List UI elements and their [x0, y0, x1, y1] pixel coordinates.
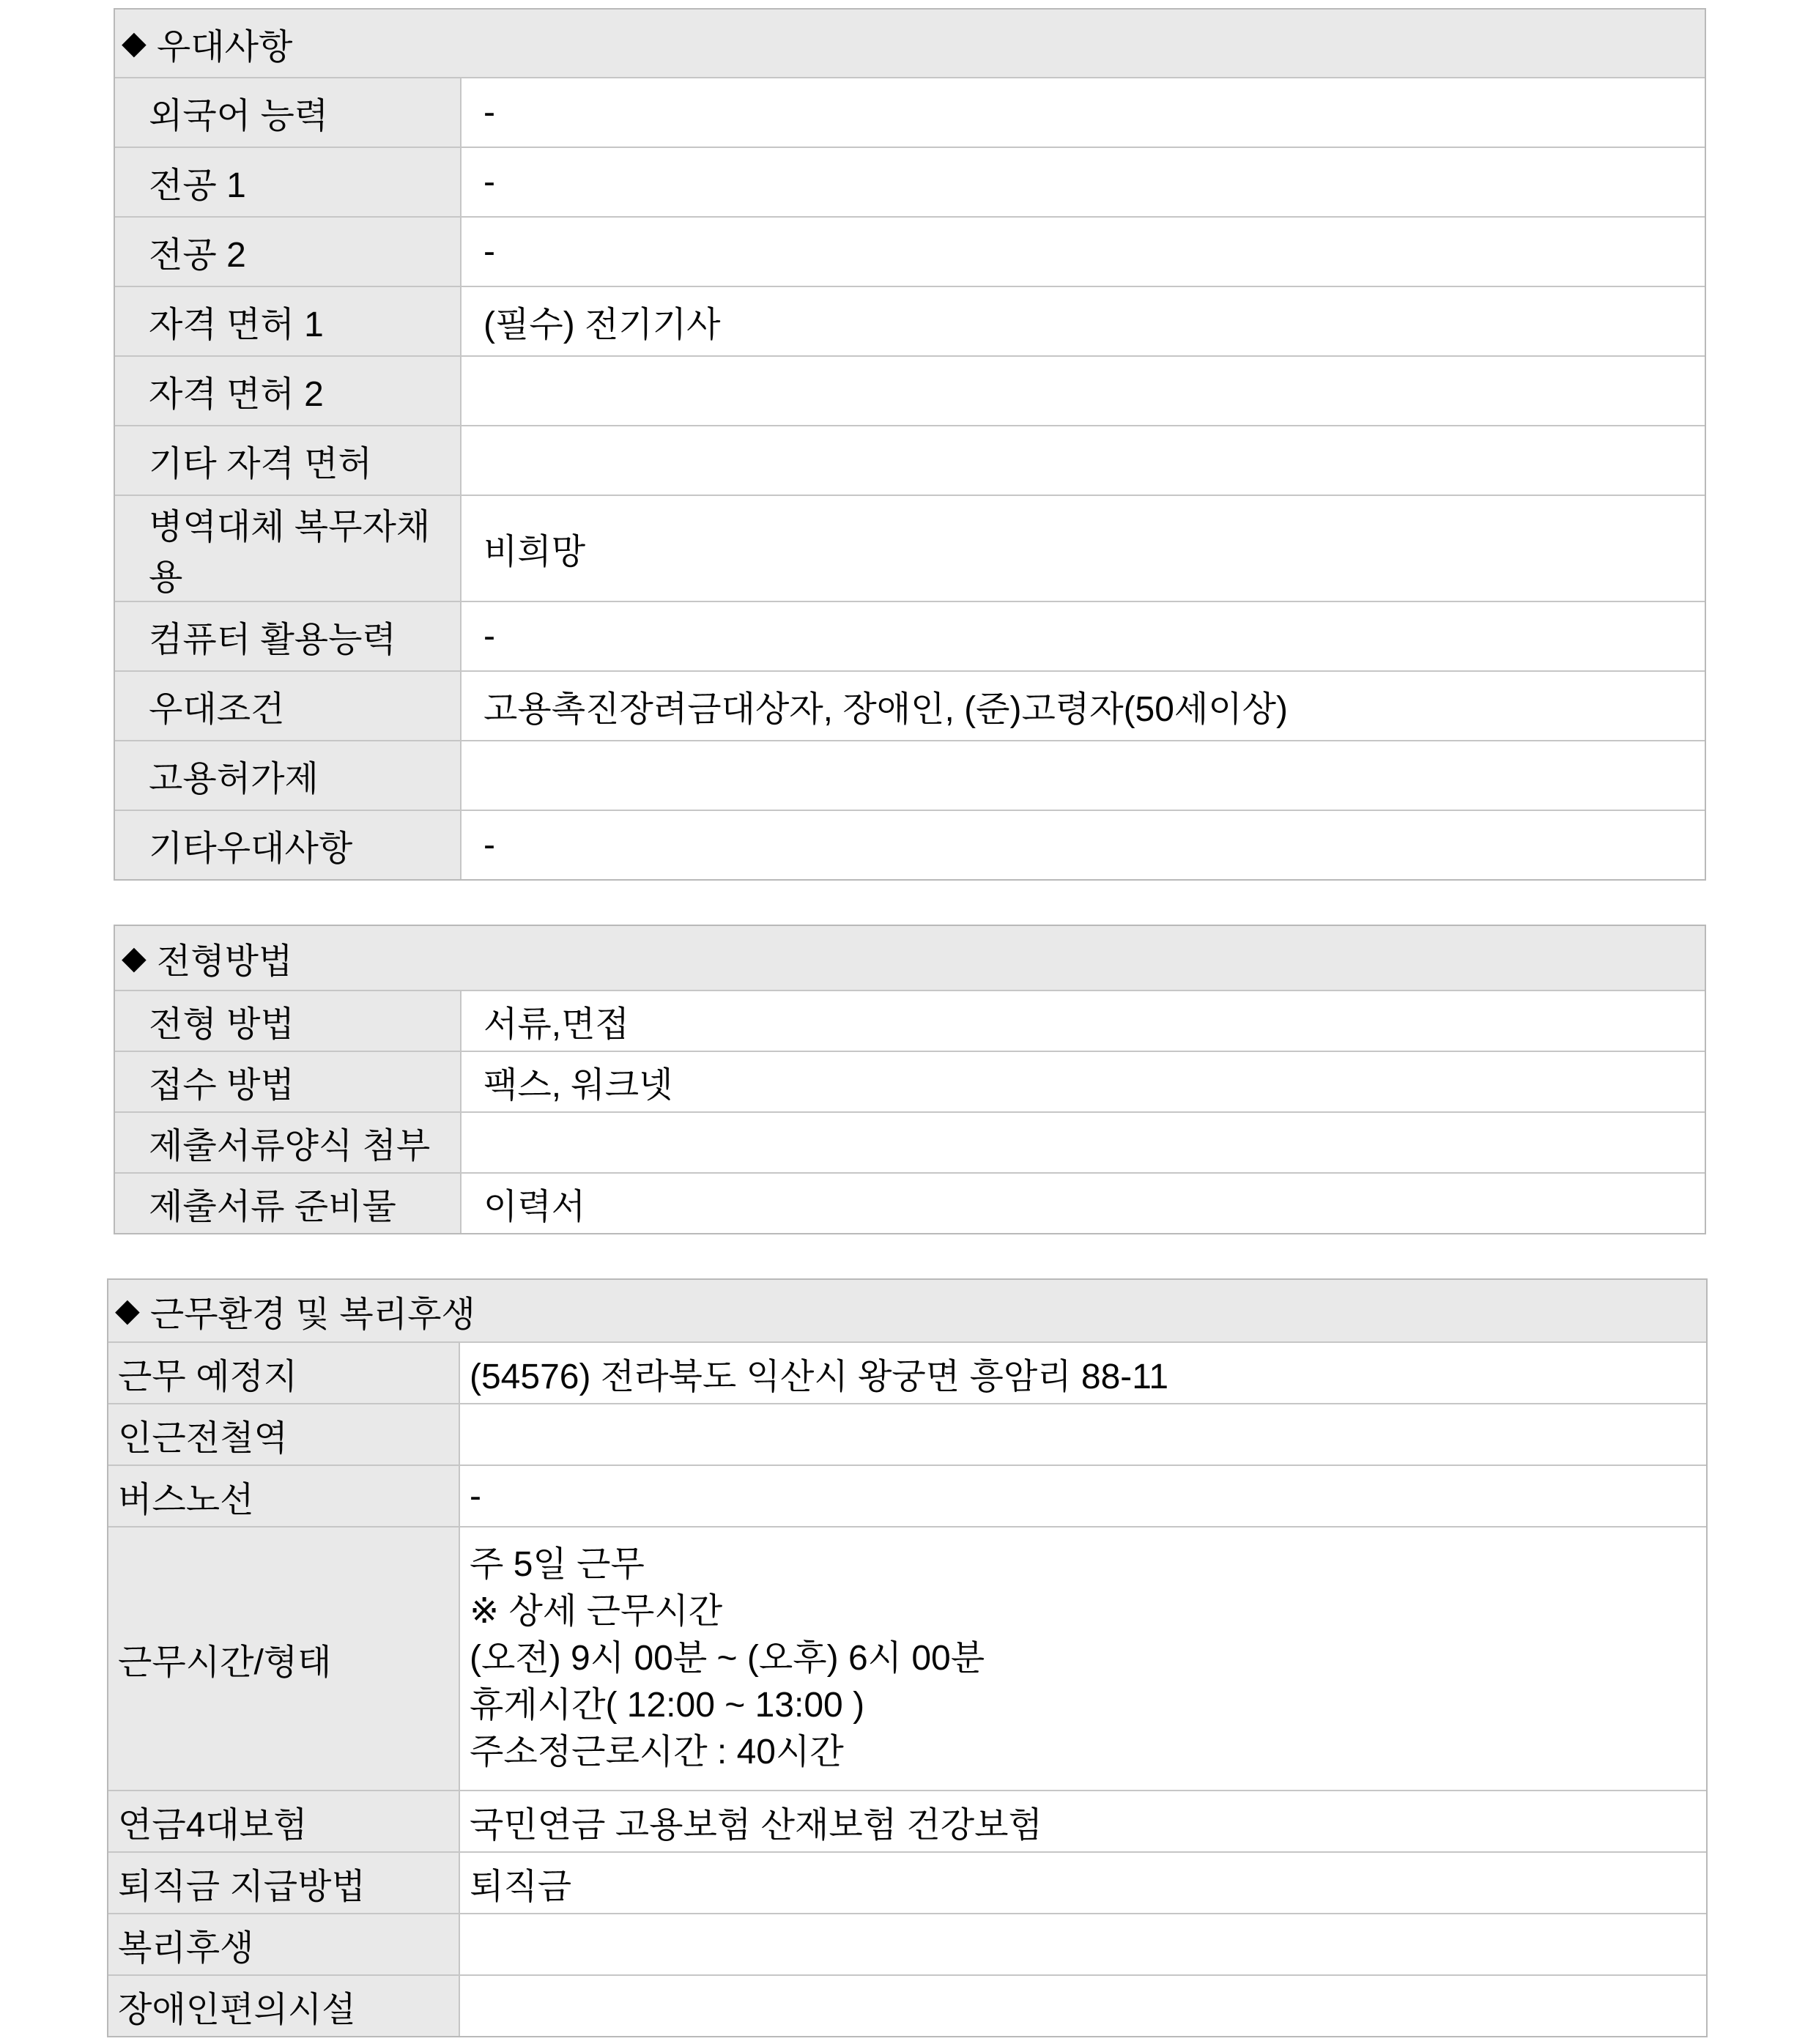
row-label: 전형 방법 — [115, 991, 462, 1051]
row-label: 연금4대보험 — [108, 1791, 460, 1851]
row-value: - — [462, 218, 1705, 286]
row-label: 전공 1 — [115, 148, 462, 216]
row-value: 국민연금 고용보험 산재보험 건강보험 — [460, 1791, 1706, 1851]
table-row-work-hours: 근무시간/형태 주 5일 근무 ※ 상세 근무시간 (오전) 9시 00분 ~ … — [108, 1526, 1706, 1790]
row-value: (54576) 전라북도 익산시 왕궁면 흥암리 88-11 — [460, 1343, 1706, 1403]
row-label: 장애인편의시설 — [108, 1976, 460, 2036]
row-label: 자격 면허 1 — [115, 287, 462, 355]
row-value: - — [462, 602, 1705, 670]
row-label: 기타 자격 면허 — [115, 426, 462, 495]
selection-method-table-header: ◆ 전형방법 — [115, 926, 1705, 990]
row-label: 접수 방법 — [115, 1052, 462, 1111]
table-row: 전형 방법 서류,면접 — [115, 990, 1705, 1051]
table-row: 기타 자격 면허 — [115, 425, 1705, 495]
row-value: - — [462, 78, 1705, 147]
table-row: 연금4대보험 국민연금 고용보험 산재보험 건강보험 — [108, 1790, 1706, 1851]
section-title: 우대사항 — [157, 18, 292, 69]
row-label: 외국어 능력 — [115, 78, 462, 147]
table-row: 제출서류 준비물 이력서 — [115, 1172, 1705, 1233]
work-hours-line: (오전) 9시 00분 ~ (오후) 6시 00분 — [470, 1635, 985, 1682]
table-row: 근무 예정지 (54576) 전라북도 익산시 왕궁면 흥암리 88-11 — [108, 1341, 1706, 1403]
work-hours-line: 휴게시간( 12:00 ~ 13:00 ) — [470, 1682, 864, 1729]
row-label: 근무 예정지 — [108, 1343, 460, 1403]
table-row: 기타우대사항 - — [115, 810, 1705, 879]
table-row: 복리후생 — [108, 1913, 1706, 1974]
table-row: 병역대체 복무자채용 비희망 — [115, 495, 1705, 601]
row-value — [462, 1113, 1705, 1172]
row-label: 버스노선 — [108, 1466, 460, 1526]
row-label: 우대조건 — [115, 672, 462, 740]
row-value — [460, 1914, 1706, 1974]
row-value: - — [462, 148, 1705, 216]
preference-table: ◆ 우대사항 외국어 능력 - 전공 1 - 전공 2 - 자격 면허 1 (필… — [114, 8, 1706, 881]
work-environment-table-header: ◆ 근무환경 및 복리후생 — [108, 1280, 1706, 1341]
table-row: 자격 면허 1 (필수) 전기기사 — [115, 286, 1705, 355]
row-value: 비희망 — [462, 496, 1705, 601]
row-value — [460, 1976, 1706, 2036]
row-value: 고용촉진장려금대상자, 장애인, (준)고령자(50세이상) — [462, 672, 1705, 740]
table-row: 컴퓨터 활용능력 - — [115, 601, 1705, 670]
table-row: 제출서류양식 첨부 — [115, 1111, 1705, 1172]
row-label: 컴퓨터 활용능력 — [115, 602, 462, 670]
row-value-work-hours: 주 5일 근무 ※ 상세 근무시간 (오전) 9시 00분 ~ (오후) 6시 … — [460, 1528, 1706, 1790]
row-label: 제출서류 준비물 — [115, 1174, 462, 1233]
diamond-icon: ◆ — [122, 27, 147, 59]
table-row: 인근전철역 — [108, 1403, 1706, 1465]
row-value: - — [462, 811, 1705, 879]
row-label: 전공 2 — [115, 218, 462, 286]
table-row: 외국어 능력 - — [115, 77, 1705, 147]
row-label: 퇴직금 지급방법 — [108, 1853, 460, 1913]
row-label: 제출서류양식 첨부 — [115, 1113, 462, 1172]
row-value — [460, 1404, 1706, 1465]
row-value: 퇴직금 — [460, 1853, 1706, 1913]
work-hours-line: 주소정근로시간 : 40시간 — [470, 1729, 844, 1776]
row-value: 팩스, 워크넷 — [462, 1052, 1705, 1111]
row-value — [462, 426, 1705, 495]
work-environment-table: ◆ 근무환경 및 복리후생 근무 예정지 (54576) 전라북도 익산시 왕궁… — [107, 1278, 1708, 2037]
table-row: 우대조건 고용촉진장려금대상자, 장애인, (준)고령자(50세이상) — [115, 670, 1705, 740]
section-title: 근무환경 및 복리후생 — [150, 1286, 475, 1336]
table-row: 전공 2 - — [115, 216, 1705, 286]
diamond-icon: ◆ — [122, 942, 147, 974]
preference-table-header: ◆ 우대사항 — [115, 10, 1705, 77]
row-value: 이력서 — [462, 1174, 1705, 1233]
table-row: 접수 방법 팩스, 워크넷 — [115, 1051, 1705, 1111]
section-title: 전형방법 — [157, 933, 292, 983]
row-value: 서류,면접 — [462, 991, 1705, 1051]
table-row: 퇴직금 지급방법 퇴직금 — [108, 1851, 1706, 1913]
row-label: 기타우대사항 — [115, 811, 462, 879]
row-value: - — [460, 1466, 1706, 1526]
table-row: 전공 1 - — [115, 147, 1705, 216]
table-row: 고용허가제 — [115, 740, 1705, 810]
row-value — [462, 357, 1705, 425]
table-row: 장애인편의시설 — [108, 1974, 1706, 2036]
row-label: 인근전철역 — [108, 1404, 460, 1465]
row-label: 자격 면허 2 — [115, 357, 462, 425]
row-label: 근무시간/형태 — [108, 1528, 460, 1790]
selection-method-table: ◆ 전형방법 전형 방법 서류,면접 접수 방법 팩스, 워크넷 제출서류양식 … — [114, 925, 1706, 1234]
table-row: 버스노선 - — [108, 1465, 1706, 1526]
table-row: 자격 면허 2 — [115, 355, 1705, 425]
row-value — [462, 741, 1705, 810]
row-value: (필수) 전기기사 — [462, 287, 1705, 355]
row-label: 고용허가제 — [115, 741, 462, 810]
work-hours-line: ※ 상세 근무시간 — [470, 1588, 722, 1635]
row-label: 복리후생 — [108, 1914, 460, 1974]
diamond-icon: ◆ — [115, 1295, 140, 1327]
row-label: 병역대체 복무자채용 — [115, 496, 462, 601]
work-hours-line: 주 5일 근무 — [470, 1541, 645, 1588]
